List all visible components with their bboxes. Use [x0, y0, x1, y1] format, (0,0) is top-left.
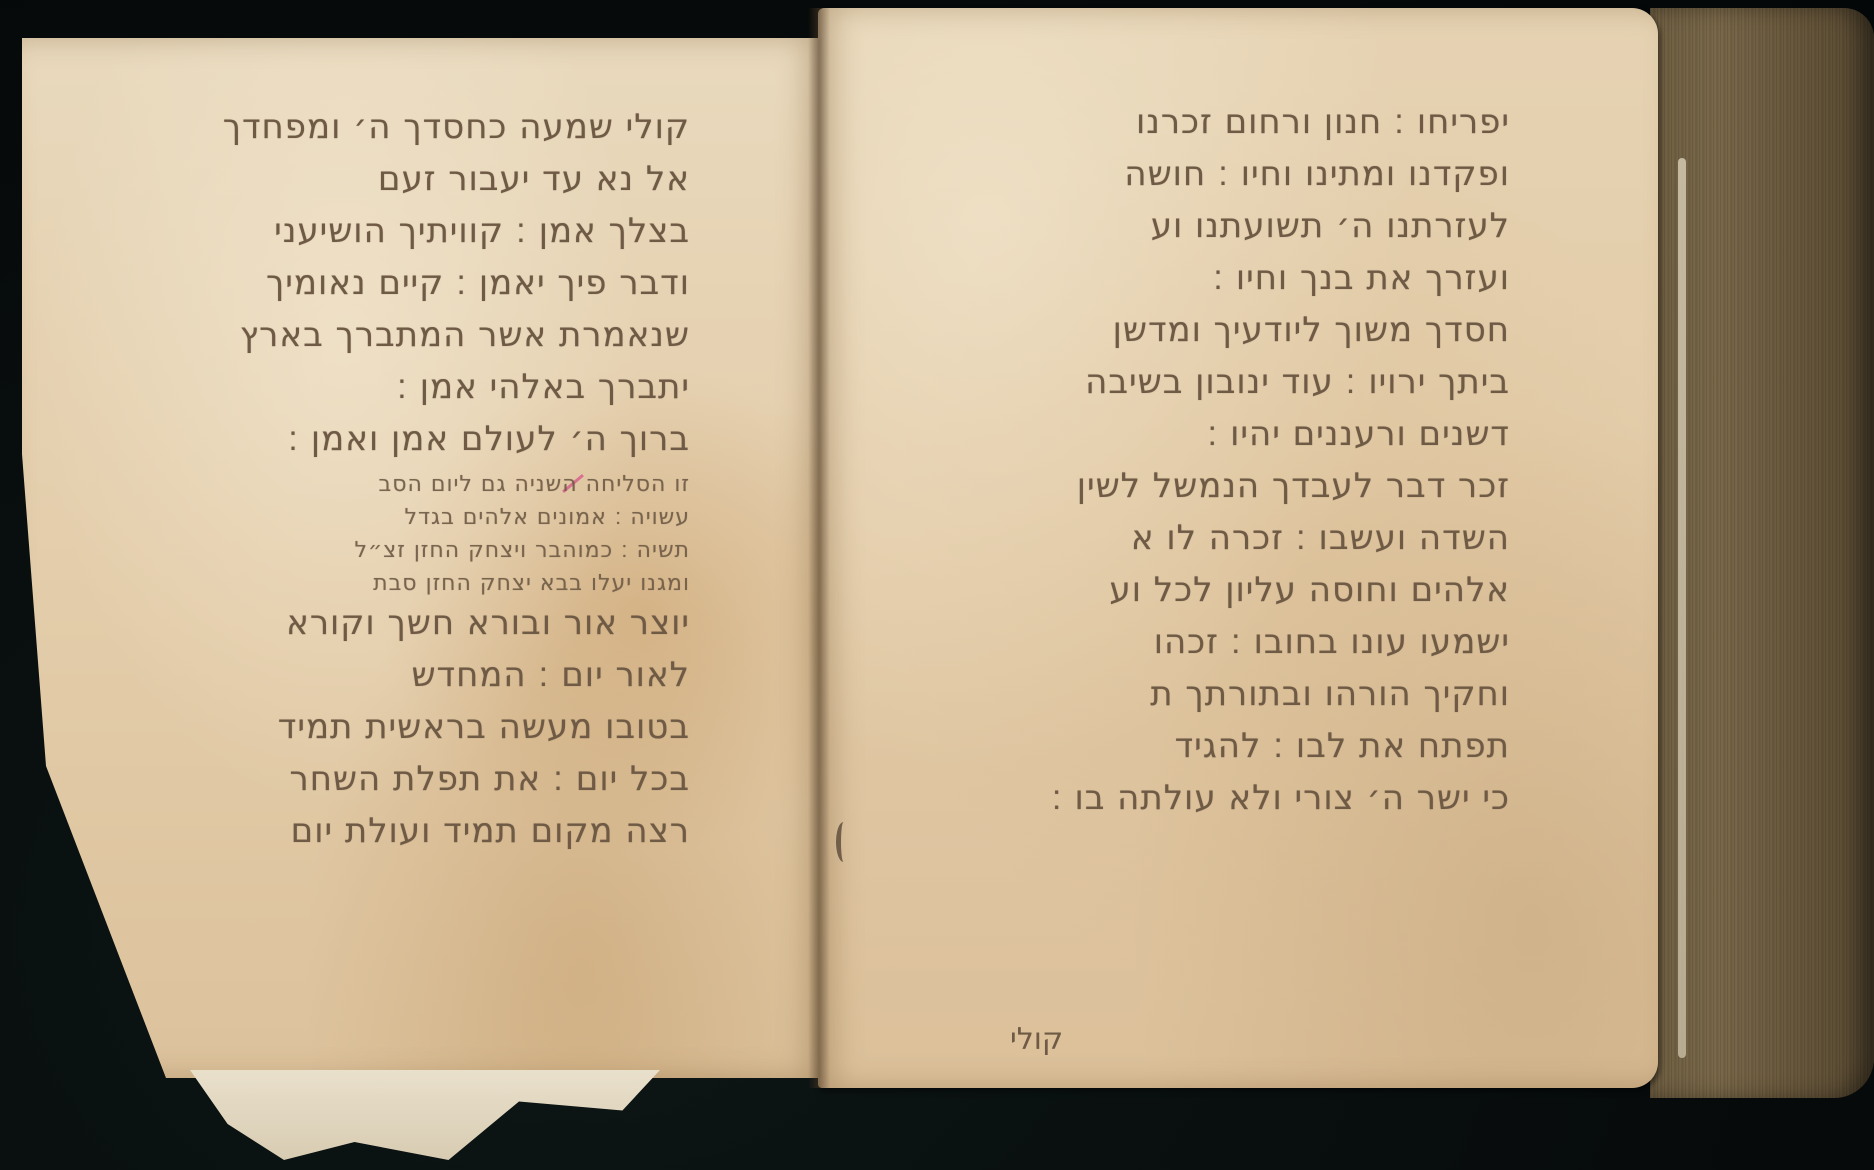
text-line: ודבר פיך יאמן ׃ קיים נאומיך [90, 266, 690, 318]
text-line: רצה מקום תמיד ועולת יום [90, 814, 690, 866]
page-edge-highlight [1678, 158, 1686, 1058]
text-line: ישמעו עונו בחובו ׃ זכהו [910, 625, 1510, 677]
catchword: קולי [1010, 1022, 1063, 1057]
book-gutter [808, 8, 830, 1088]
rubric-line: עשויה ׃ אמונים אלהים בגדל [90, 507, 690, 540]
text-line: דשנים ורעננים יהיו ׃ [910, 417, 1510, 469]
text-line: שנאמרת אשר המתברך בארץ [90, 318, 690, 370]
text-line: כי ישר ה׳ צורי ולא עולתה בו ׃ [910, 781, 1510, 833]
rubric-line: ומגנו יעלו בבא יצחק החזן סבת [90, 573, 690, 606]
rubric-line: תשיה ׃ כמוהבר ויצחק החזן זצ״ל [90, 540, 690, 573]
text-line: תפתח את לבו ׃ להגיד [910, 729, 1510, 781]
text-line: וחקיך הורהו ובתורתך ת [910, 677, 1510, 729]
text-line: קולי שמעה כחסדך ה׳ ומפחדך [90, 110, 690, 162]
left-page-text: קולי שמעה כחסדך ה׳ ומפחדך אל נא עד יעבור… [90, 110, 690, 866]
text-line: זכר דבר לעבדך הנמשל לשין [910, 469, 1510, 521]
text-line: ועזרך את בנך וחיו ׃ [910, 261, 1510, 313]
text-line: ביתך ירויו ׃ עוד ינובון בשיבה [910, 365, 1510, 417]
text-line: חסדך משוך ליודעיך ומדשן [910, 313, 1510, 365]
text-line: השדה ועשבו ׃ זכרה לו א [910, 521, 1510, 573]
gutter-tab-mark [836, 822, 851, 862]
right-page-text: יפריחו ׃ חנון ורחום זכרנו ופקדנו ומתינו … [910, 105, 1510, 833]
text-line: ופקדנו ומתינו וחיו ׃ חושה [910, 157, 1510, 209]
text-line: לאור יום ׃ המחדש [90, 658, 690, 710]
text-line: יוצר אור ובורא חשך וקורא [90, 606, 690, 658]
text-line: בצלך אמן ׃ קוויתיך הושיעני [90, 214, 690, 266]
manuscript-photo: קולי שמעה כחסדך ה׳ ומפחדך אל נא עד יעבור… [0, 0, 1874, 1170]
text-line: לעזרתנו ה׳ תשועתנו וע [910, 209, 1510, 261]
text-line: בכל יום ׃ את תפלת השחר [90, 762, 690, 814]
text-line: ברוך ה׳ לעולם אמן ואמן ׃ [90, 422, 690, 474]
text-line: יתברך באלהי אמן ׃ [90, 370, 690, 422]
book-fore-edge [1650, 8, 1874, 1098]
text-line: אל נא עד יעבור זעם [90, 162, 690, 214]
torn-page-flap [190, 1070, 660, 1160]
text-line: אלהים וחוסה עליון לכל וע [910, 573, 1510, 625]
rubric-line: זו הסליחה השניה גם ליום הסב [90, 474, 690, 507]
text-line: יפריחו ׃ חנון ורחום זכרנו [910, 105, 1510, 157]
text-line: בטובו מעשה בראשית תמיד [90, 710, 690, 762]
